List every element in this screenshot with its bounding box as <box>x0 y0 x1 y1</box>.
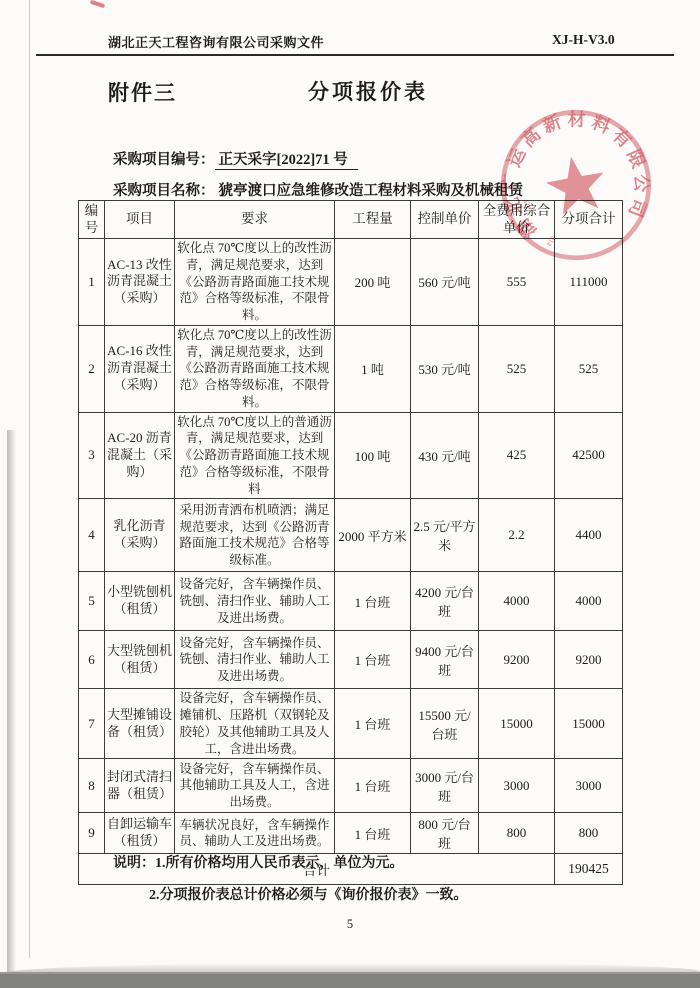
cell-unit-price: 4000 <box>479 572 555 631</box>
cell-control-price: 530 元/吨 <box>411 325 479 412</box>
cell-no: 3 <box>79 412 105 499</box>
project-number-line: 采购项目编号：正天采字[2022]71 号 <box>113 148 358 169</box>
table-row: 9 自卸运输车（租赁） 车辆状况良好，含车辆操作员、辅助人工及进出场费。 1 台… <box>79 813 623 854</box>
cell-quantity: 1 台班 <box>335 572 411 631</box>
page-title: 分项报价表 <box>308 76 428 106</box>
scanner-background-band <box>0 972 700 988</box>
cell-control-price: 15500 元/台班 <box>411 689 479 759</box>
cell-no: 6 <box>79 631 105 689</box>
cell-unit-price: 555 <box>479 239 555 326</box>
cell-unit-price: 9200 <box>479 631 555 689</box>
red-corner-mark <box>90 0 106 8</box>
cell-no: 4 <box>79 499 105 572</box>
col-header-subtotal: 分项合计 <box>555 201 623 239</box>
cell-control-price: 9400 元/台班 <box>411 631 479 689</box>
project-number-value: 正天采字[2022]71 号 <box>215 152 358 170</box>
page-crease-line <box>29 0 30 958</box>
cell-quantity: 1 台班 <box>335 759 411 813</box>
cell-item: 封闭式清扫器（租赁） <box>105 759 175 813</box>
cell-requirement: 采用沥青洒布机喷洒；满足规范要求，达到《公路沥青路面施工技术规范》合格等级标准。 <box>175 499 335 572</box>
table-row: 4 乳化沥青（采购） 采用沥青洒布机喷洒；满足规范要求，达到《公路沥青路面施工技… <box>79 499 623 572</box>
cell-control-price: 430 元/吨 <box>411 412 479 499</box>
cell-control-price: 560 元/吨 <box>411 239 479 326</box>
cell-control-price: 800 元/台班 <box>411 813 479 854</box>
cell-item: 小型铣刨机（租赁） <box>105 572 175 631</box>
attachment-label: 附件三 <box>108 77 177 107</box>
project-name-label: 采购项目名称： <box>113 183 215 199</box>
cell-control-price: 2.5 元/平方米 <box>411 499 479 572</box>
table-row: 1 AC-13 改性沥青混凝土（采购） 软化点 70℃度以上的改性沥青，满足规范… <box>79 239 623 326</box>
cell-item: 自卸运输车（租赁） <box>105 813 175 854</box>
cell-requirement: 设备完好，含车辆操作员、摊铺机、压路机（双钢轮及胶轮）及其他辅助工具及人工，含进… <box>175 689 335 759</box>
header-doc-code: XJ-H-V3.0 <box>552 32 615 48</box>
table-row: 3 AC-20 沥青混凝土（采购） 软化点 70℃度以上的普通沥青，满足规范要求… <box>79 412 623 499</box>
cell-item: AC-13 改性沥青混凝土（采购） <box>105 239 175 326</box>
project-name-line: 采购项目名称：猇亭渡口应急维修改造工程材料采购及机械租赁 <box>113 179 533 200</box>
project-number-label: 采购项目编号： <box>113 152 215 168</box>
note-line-1: 说明：1.所有价格均用人民币表示，单位为元。 <box>113 852 404 872</box>
total-value: 190425 <box>555 854 623 885</box>
scanned-document-page: 湖北正天工程咨询有限公司采购文件 XJ-H-V3.0 附件三 分项报价表 采购项… <box>0 0 700 988</box>
cell-quantity: 1 台班 <box>335 813 411 854</box>
cell-quantity: 2000 平方米 <box>335 499 411 572</box>
cell-quantity: 200 吨 <box>335 239 411 326</box>
table-row: 5 小型铣刨机（租赁） 设备完好，含车辆操作员、铣刨、清扫作业、辅助人工及进出场… <box>79 572 623 631</box>
table-row: 2 AC-16 改性沥青混凝土（采购） 软化点 70℃度以上的改性沥青，满足规范… <box>79 325 623 412</box>
cell-no: 5 <box>79 572 105 631</box>
cell-subtotal: 525 <box>555 325 623 412</box>
cell-quantity: 1 吨 <box>335 325 411 412</box>
cell-subtotal: 800 <box>555 813 623 854</box>
cell-unit-price: 2.2 <box>479 499 555 572</box>
cell-requirement: 设备完好，含车辆操作员、其他辅助工具及人工，含进出场费。 <box>175 759 335 813</box>
cell-subtotal: 42500 <box>555 412 623 499</box>
header-company-text: 湖北正天工程咨询有限公司采购文件 <box>108 32 324 51</box>
cell-no: 1 <box>79 239 105 326</box>
cell-quantity: 1 台班 <box>335 631 411 689</box>
quotation-table: 编号 项目 要求 工程量 控制单价 全费用综合单价 分项合计 1 AC-13 改… <box>78 200 623 885</box>
col-header-control-price: 控制单价 <box>411 201 479 239</box>
cell-item: AC-16 改性沥青混凝土（采购） <box>105 325 175 412</box>
cell-item: AC-20 沥青混凝土（采购） <box>105 412 175 499</box>
cell-control-price: 4200 元/台班 <box>411 572 479 631</box>
cell-control-price: 3000 元/台班 <box>411 759 479 813</box>
cell-unit-price: 525 <box>479 325 555 412</box>
col-header-requirement: 要求 <box>175 201 335 239</box>
cell-no: 7 <box>79 689 105 759</box>
note-line-2: 2.分项报价表总计价格必须与《询价报价表》一致。 <box>149 884 468 904</box>
table-row: 7 大型摊铺设备（租赁） 设备完好，含车辆操作员、摊铺机、压路机（双钢轮及胶轮）… <box>79 689 623 759</box>
col-header-no: 编号 <box>79 201 105 239</box>
cell-unit-price: 425 <box>479 412 555 499</box>
spine-shadow <box>7 430 16 974</box>
cell-subtotal: 3000 <box>555 759 623 813</box>
cell-item: 乳化沥青（采购） <box>105 499 175 572</box>
col-header-quantity: 工程量 <box>335 201 411 239</box>
cell-requirement: 设备完好，含车辆操作员、铣刨、清扫作业、辅助人工及进出场费。 <box>175 572 335 631</box>
cell-subtotal: 4400 <box>555 499 623 572</box>
col-header-item: 项目 <box>105 201 175 239</box>
cell-requirement: 软化点 70℃度以上的改性沥青，满足规范要求，达到《公路沥青路面施工技术规范》合… <box>175 239 335 326</box>
cell-item: 大型铣刨机（租赁） <box>105 631 175 689</box>
cell-requirement: 软化点 70℃度以上的普通沥青，满足规范要求，达到《公路沥青路面施工技术规范》合… <box>175 412 335 499</box>
cell-unit-price: 800 <box>479 813 555 854</box>
header-rule <box>36 54 674 56</box>
col-header-unit-price: 全费用综合单价 <box>479 201 555 239</box>
cell-requirement: 车辆状况良好，含车辆操作员、辅助人工及进出场费。 <box>175 813 335 854</box>
cell-no: 2 <box>79 325 105 412</box>
cell-subtotal: 9200 <box>555 631 623 689</box>
cell-no: 9 <box>79 813 105 854</box>
cell-item: 大型摊铺设备（租赁） <box>105 689 175 759</box>
cell-requirement: 软化点 70℃度以上的改性沥青，满足规范要求，达到《公路沥青路面施工技术规范》合… <box>175 325 335 412</box>
page-number: 5 <box>0 917 700 932</box>
table-row: 6 大型铣刨机（租赁） 设备完好，含车辆操作员、铣刨、清扫作业、辅助人工及进出场… <box>79 631 623 689</box>
project-name-value: 猇亭渡口应急维修改造工程材料采购及机械租赁 <box>215 183 534 201</box>
cell-requirement: 设备完好，含车辆操作员、铣刨、清扫作业、辅助人工及进出场费。 <box>175 631 335 689</box>
table-header-row: 编号 项目 要求 工程量 控制单价 全费用综合单价 分项合计 <box>79 201 623 239</box>
cell-quantity: 1 台班 <box>335 689 411 759</box>
cell-unit-price: 15000 <box>479 689 555 759</box>
cell-quantity: 100 吨 <box>335 412 411 499</box>
cell-subtotal: 15000 <box>555 689 623 759</box>
cell-subtotal: 111000 <box>555 239 623 326</box>
cell-subtotal: 4000 <box>555 572 623 631</box>
cell-no: 8 <box>79 759 105 813</box>
cell-unit-price: 3000 <box>479 759 555 813</box>
table-row: 8 封闭式清扫器（租赁） 设备完好，含车辆操作员、其他辅助工具及人工，含进出场费… <box>79 759 623 813</box>
